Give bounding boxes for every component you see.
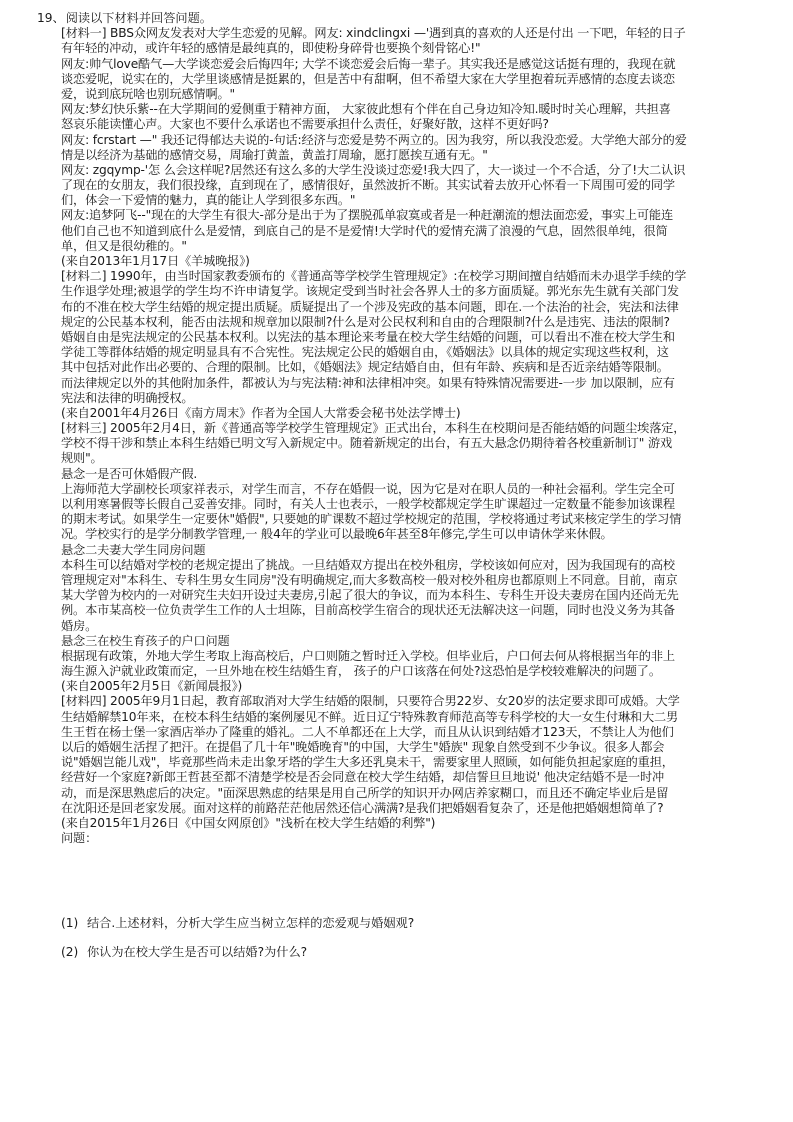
text-line: [材料一] BBS众网友发表对大学生恋爱的见解。网友: xindclingxi … [61,26,711,41]
question-heading: 19、阅读以下材料并回答问题。 [37,11,212,26]
document-page: 19、阅读以下材料并回答问题。 [材料一] BBS众网友发表对大学生恋爱的见解。… [0,0,793,1122]
text-line: 说"婚姻岂能儿戏"，毕竟那些尚未走出象牙塔的学生大多还乳臭未干，需要家里人照顾，… [61,755,711,770]
text-line: 在沈阳还是回老家发展。面对这样的前路茫茫他居然还信心满满?是我们把婚姻看复杂了，… [61,801,711,816]
text-line: 单，但又是很幼稚的。" [61,239,711,254]
text-line: 爱，说到底玩啥也别玩感情啊。" [61,87,711,102]
text-line: 学校不得干涉和禁止本科生结婚已明文写入新规定中。随着新规定的出台，有五大悬念仍期… [61,436,711,451]
sub-question-2: (2)你认为在校大学生是否可以结婚?为什么? [61,945,307,960]
text-line: [材料三] 2005年2月4日，新《普通高等学校学生管理规定》正式出台，本科生在… [61,421,711,436]
text-line: 宪法和法律的明确授权。 [61,391,711,406]
text-line: 网友:追梦阿飞--"现在的大学生有很大-部分是出于为了摆脱孤单寂寞或者是一种赶潮… [61,208,711,223]
subheading: 悬念三在校生育孩子的户口问题 [61,634,711,649]
sub-question-text: 结合.上述材料，分析大学生应当树立怎样的恋爱观与婚姻观? [87,916,414,930]
text-line: [材料四] 2005年9月1日起，教育部取消对大学生结婚的限制，只要符合男22岁… [61,694,711,709]
text-line: 以利用寒暑假等长假自己妥善安排。同时，有关人士也表示，一般学校都规定学生旷课超过… [61,497,711,512]
source-citation: (来自2001年4月26日《南方周末》作者为全国人大常委会秘书处法学博士) [61,406,711,421]
sub-question-number: (2) [61,945,87,960]
text-line: 网友:梦幻快乐紫--在大学期间的爱侧重于精神方面， 大家彼此想有个伴在自己身边知… [61,102,711,117]
text-line: 而法律规定以外的其他附加条件，都被认为与宪法精:神和法律相冲突。如果有特殊情况需… [61,376,711,391]
text-line: 生王哲在杨士堡一家酒店举办了隆重的婚礼。二人不单都还在上大学，而且从认识到结婚才… [61,725,711,740]
text-line: 海生源入沪就业政策而定，一旦外地在校生结婚生育， 孩子的户口该落在何处?这恐怕是… [61,664,711,679]
text-line: 网友: fcrstart —" 我还记得郁达夫说的-句话:经济与恋爱是势不两立的… [61,133,711,148]
text-line: 的期末考试。如果学生一定要休"婚假", 只要她的旷课数不超过学校规定的范围，学校… [61,512,711,527]
question-number: 19、 [37,11,65,25]
text-line: 管理规定对"本科生、专科生男女生同房"没有明确规定,而大多数高校一般对校外租房也… [61,573,711,588]
text-line: 们，体会一下爱情的魅力，真的能让人学到很多东西。" [61,193,711,208]
text-line: 布的不准在校大学生结婚的规定提出质疑。质疑提出了一个涉及宪政的基本问题，即在.一… [61,300,711,315]
text-line: 谈恋爱呢，说实在的，大学里谈感情是挺累的，但是苦中有甜啊，但不希望大家在大学里抱… [61,72,711,87]
text-line: 根据现有政策，外地大学生考取上海高校后，户口则随之暂时迁入学校。但毕业后，户口何… [61,649,711,664]
text-line: 上海师范大学副校长项家祥表示，对学生而言，不存在婚假一说，因为它是对在职人员的一… [61,482,711,497]
text-line: 生结婚解禁10年来，在校本科生结婚的案例屡见不鲜。近日辽宁特殊教育师范高等专科学… [61,710,711,725]
sub-question-number: (1) [61,916,87,931]
text-line: 学徒工等群体结婚的规定明显具有不合宪性。宪法规定公民的婚姻自由，《婚姻法》以具体… [61,345,711,360]
question-instruction: 阅读以下材料并回答问题。 [66,11,212,25]
sub-question-1: (1)结合.上述材料，分析大学生应当树立怎样的恋爱观与婚姻观? [61,916,414,931]
text-line: 生作退学处理;被退学的学生均不许申请复学。该规定受到当时社会各界人士的多方面质疑… [61,284,711,299]
source-citation: (来自2015年1月26日《中国女网原创》"浅析在校大学生结婚的利弊") [61,816,711,831]
source-citation: (来自2013年1月17日《羊城晚报》) [61,254,711,269]
text-line: 他们自己也不知道到底什么是爱情，到底自己的是不是爱情!大学时代的爱情充满了浪漫的… [61,224,711,239]
sub-question-text: 你认为在校大学生是否可以结婚?为什么? [87,945,307,959]
text-line: [材料二] 1990年，由当时国家教委颁布的《普通高等学校学生管理规定》:在校学… [61,269,711,284]
text-line: 规则"。 [61,451,711,466]
text-line: 了现在的女朋友，我们很投缘，直到现在了，感情很好，虽然波折不断。其实试着去放开心… [61,178,711,193]
text-line: 其中包括对此作出必要的、合理的限制。比如，《婚姻法》规定结婚自由，但有年龄、疾病… [61,360,711,375]
text-line: 网友: zgqymp-'怎 么会这样呢?居然还有这么多的大学生没谈过恋爱!我大四… [61,163,711,178]
text-line: 情是以经济为基础的感情交易，周瑜打黄盖，黄盖打周瑜，愿打愿挨互通有无。" [61,148,711,163]
text-line: 以后的婚姻生活捏了把汗。在提倡了几十年"晚婚晚育"的中国，大学生"婚族" 现象自… [61,740,711,755]
text-line: 怒哀乐能读懂心声。大家也不要什么承诺也不需要承担什么责任，好聚好散，这样不更好吗… [61,117,711,132]
subheading: 悬念一是否可休婚假产假. [61,467,711,482]
text-line: 动，而是深思熟虑后的决定。"面深思熟虑的结果是用自己所学的知识开办网店养家糊口，… [61,786,711,801]
text-line: 本科生可以结婚对学校的老规定提出了挑战。一旦结婚双方提出在校外租房，学校该如何应… [61,558,711,573]
text-line: 规定的公民基本权利，能否由法规和规章加以限制?什么是对公民权利和自由的合理限制?… [61,315,711,330]
text-line: 网友:帅气love酷气—大学谈恋爱会后悔四年; 大学不谈恋爱会后悔一辈子。其实我… [61,57,711,72]
text-line: 婚姻自由是宪法规定的公民基本权利。以宪法的基本理论来考量在校大学生结婚的问题，可… [61,330,711,345]
text-line: 例。本市某高校一位负责学生工作的人士坦陈，目前高校学生宿合的现状还无法解决这一问… [61,603,711,618]
text-line: 某大学曾为校内的一对研究生夫妇开设过夫妻房,引起了很大的争议，而为本科生、专科生… [61,588,711,603]
text-line: 婚房。 [61,619,711,634]
text-line: 有年轻的冲动，或许年轻的感情是最纯真的，即使粉身碎骨也要换个刻骨铭心!" [61,41,711,56]
materials-body: [材料一] BBS众网友发表对大学生恋爱的见解。网友: xindclingxi … [61,26,711,846]
source-citation: (来自2005年2月5日《新闻晨报》) [61,679,711,694]
subheading: 悬念二夫妻大学生同房问题 [61,543,711,558]
text-line: 况。学校实行的是学分制教学管理,一 般4年的学业可以最晚6年甚至8年修完,学生可… [61,527,711,542]
text-line: 经营好一个家庭?新郎王哲甚至都不清楚学校是否会同意在校大学生结婚，却信誓旦旦地说… [61,770,711,785]
questions-label: 问题： [61,831,711,846]
